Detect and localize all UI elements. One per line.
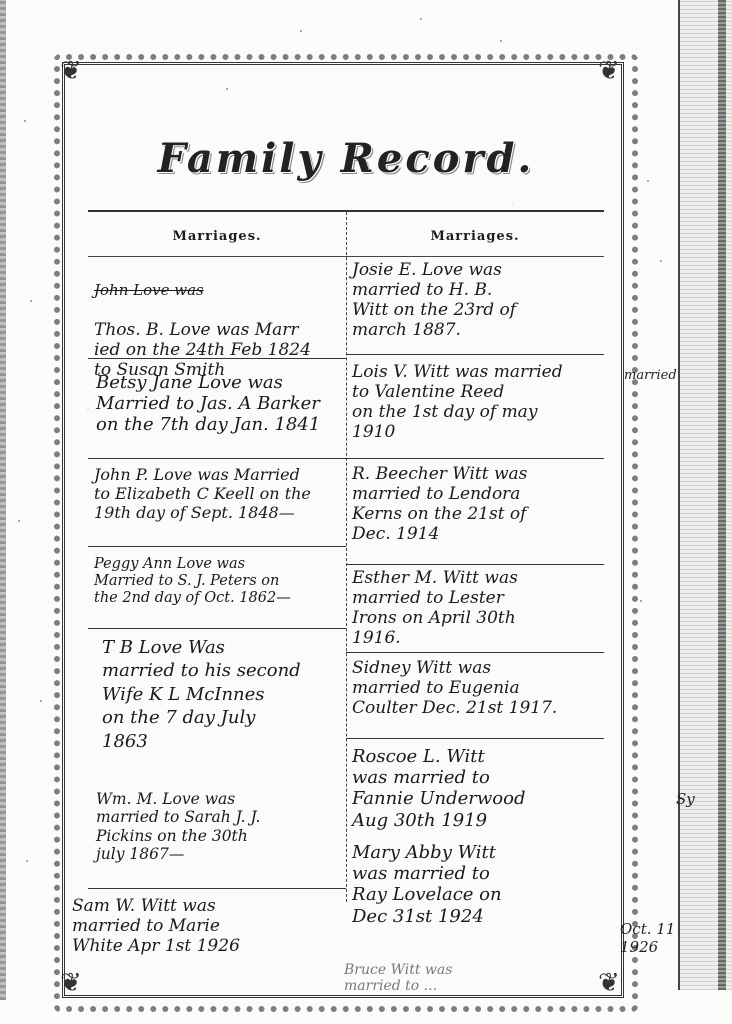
row-rule [346,354,604,355]
scan-speckle [30,300,32,302]
corner-flourish-icon: ❦ [60,970,82,996]
corner-flourish-icon: ❦ [598,58,620,84]
row-rule [88,628,346,629]
scan-speckle [640,600,642,602]
marriage-entry: Wm. M. Love was married to Sarah J. J. P… [96,790,346,863]
marriage-entry: Sidney Witt was married to Eugenia Coult… [352,658,602,718]
page-title: Family Record. [158,135,535,182]
row-rule [346,564,604,565]
margin-note: Sy [676,790,695,808]
column-header-right: Marriages. [346,218,604,254]
row-rule [346,738,604,739]
marriages-table: Marriages. Marriages. John Love was Thos… [88,210,604,902]
column-header-left: Marriages. [88,218,346,254]
scan-speckle [226,88,228,90]
corner-flourish-icon: ❦ [60,58,82,84]
marriage-entry: Josie E. Love was married to H. B. Witt … [352,260,602,340]
row-rule [346,652,604,653]
book-spine-edge [678,0,732,990]
row-rule [346,458,604,459]
row-rule [88,888,346,889]
scan-speckle [40,700,42,702]
scan-speckle [660,260,662,262]
row-rule [88,458,346,459]
marriage-entry: John P. Love was Married to Elizabeth C … [94,466,344,523]
marriage-entry: Peggy Ann Love was Married to S. J. Pete… [94,556,344,607]
marriage-entry: R. Beecher Witt was married to Lendora K… [352,464,602,544]
scan-speckle [24,120,26,122]
marriage-entry: Esther M. Witt was married to Lester Iro… [352,568,602,648]
marriage-entry: Sam W. Witt was married to Marie White A… [72,896,342,956]
scan-speckle [26,860,28,862]
faint-overflow-entry: Bruce Witt was married to ... [344,962,604,994]
scan-speckle [500,40,502,42]
marriage-entry: Betsy Jane Love was Married to Jas. A Ba… [96,372,346,436]
scanned-page: ❦ ❦ ❦ ❦ Family Record. Marriages. Marria… [0,0,732,1024]
marriage-entry: Mary Abby Witt was married to Ray Lovela… [352,842,612,927]
margin-note: married [624,368,677,383]
margin-date-note: Oct. 11 1926 [620,920,700,956]
scan-speckle [420,18,422,20]
scan-speckle [18,520,20,522]
row-rule [88,546,346,547]
scan-speckle [647,180,649,182]
marriage-entry: T B Love Was married to his second Wife … [102,636,352,753]
entry-text: Thos. B. Love was Marr ied on the 24th F… [94,320,311,380]
marriage-entry: John Love was Thos. B. Love was Marr ied… [94,262,344,380]
title-area: Family Record. [88,108,604,208]
marriage-entry: Roscoe L. Witt was married to Fannie Und… [352,746,652,831]
struck-out-text: John Love was [94,282,344,300]
scan-speckle [300,30,302,32]
marriage-entry: Lois V. Witt was married to Valentine Re… [352,362,632,442]
book-left-edge [0,0,6,1000]
row-rule [88,358,346,359]
column-divider [346,212,347,902]
